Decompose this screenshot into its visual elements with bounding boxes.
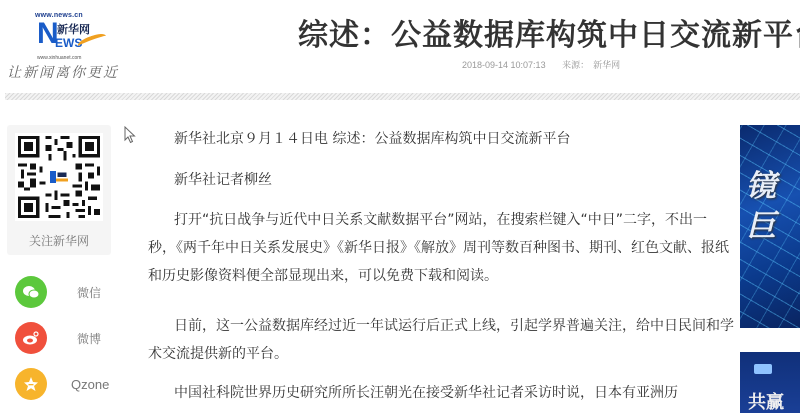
share-qzone-button[interactable]: Qzone bbox=[15, 368, 109, 400]
article-meta: 2018-09-14 10:07:13 来源：新华网 bbox=[462, 58, 634, 71]
source-value: 新华网 bbox=[593, 60, 620, 70]
share-wechat-label: 微信 bbox=[77, 284, 101, 301]
wechat-icon bbox=[15, 276, 47, 308]
header-divider bbox=[5, 93, 800, 100]
promo-banner-bottom-text: 共赢 bbox=[748, 388, 784, 413]
logo-url-bottom: www.xinhuanet.com bbox=[37, 55, 81, 61]
logo-brand-cn: 新华网 bbox=[57, 21, 90, 37]
xinhua-badge-icon bbox=[754, 364, 772, 374]
qzone-icon bbox=[15, 368, 47, 400]
source-label-text: 来源： bbox=[562, 60, 589, 70]
qr-code bbox=[15, 133, 103, 221]
share-weibo-button[interactable]: 微博 bbox=[15, 322, 101, 354]
share-qzone-label: Qzone bbox=[71, 377, 109, 392]
qr-follow-label: 关注新华网 bbox=[7, 232, 111, 249]
mouse-cursor-icon bbox=[124, 126, 136, 144]
qr-follow-box: 关注新华网 bbox=[7, 125, 111, 255]
article-dateline: 新华社北京９月１４日电 综述：公益数据库构筑中日交流新平台 bbox=[174, 128, 570, 148]
promo-banner-bottom[interactable]: 共赢 bbox=[740, 352, 800, 413]
weibo-icon bbox=[15, 322, 47, 354]
source-label: 来源：新华网 bbox=[562, 60, 620, 70]
article-paragraph: 日前，这一公益数据库经过近一年试运行后正式上线，引起学界普遍关注，给中日民间和学… bbox=[148, 312, 734, 368]
article-reporter: 新华社记者柳丝 bbox=[174, 169, 272, 189]
slogan: 让新闻离你更近 bbox=[7, 62, 119, 82]
share-wechat-button[interactable]: 微信 bbox=[15, 276, 101, 308]
promo-banner-top-text: 镜 巨 bbox=[746, 167, 800, 247]
page-title: 综述：公益数据库构筑中日交流新平台 bbox=[298, 10, 800, 54]
share-weibo-label: 微博 bbox=[77, 330, 101, 347]
xinhua-logo[interactable]: www.news.cn N 新华网 EWS www.xinhuanet.com bbox=[35, 12, 105, 54]
promo-banner-top[interactable]: 镜 巨 bbox=[740, 125, 800, 328]
article-paragraph: 打开“抗日战争与近代中日关系文献数据平台”网站，在搜索栏键入“中日”二字，不出一… bbox=[148, 206, 734, 290]
publish-timestamp: 2018-09-14 10:07:13 bbox=[462, 60, 546, 70]
article-paragraph: 中国社科院世界历史研究所所长汪朝光在接受新华社记者采访时说，日本有亚洲历 bbox=[148, 379, 734, 407]
